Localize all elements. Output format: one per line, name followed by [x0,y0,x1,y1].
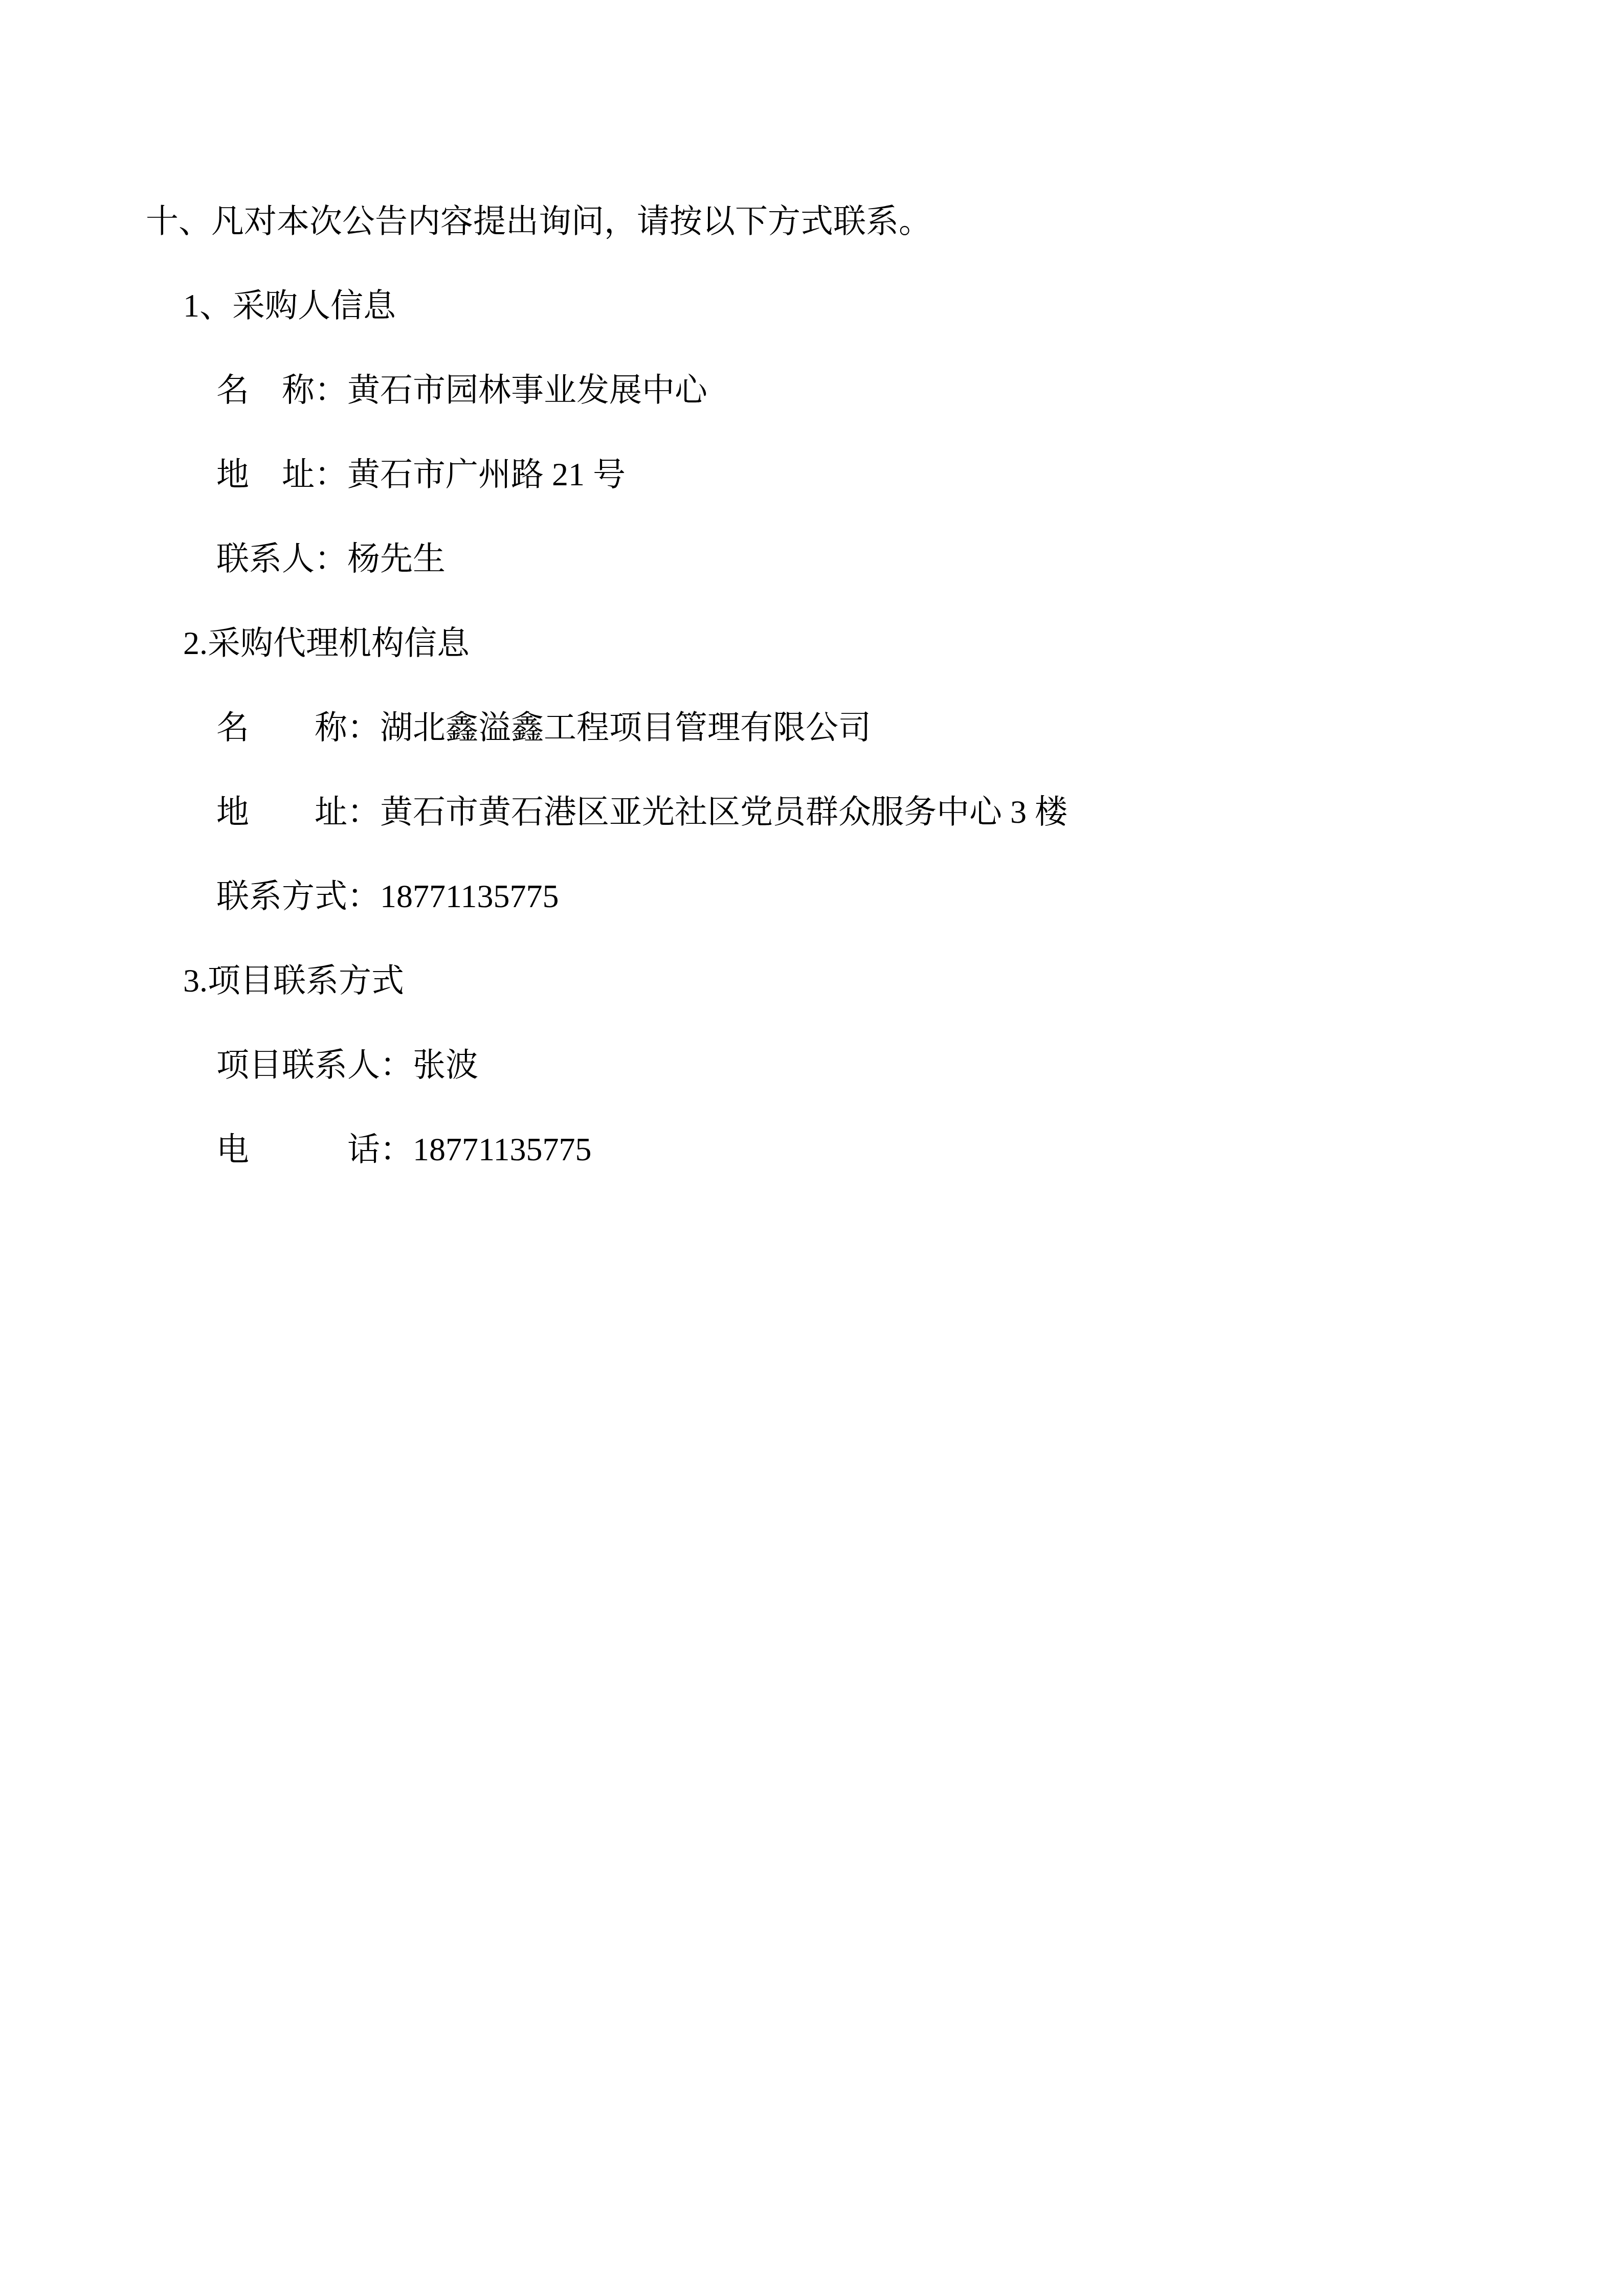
purchaser-address-line: 地 址：黄石市广州路 21 号 [0,432,1624,516]
document-body: 十、凡对本次公告内容提出询问，请按以下方式联系。 1、采购人信息 名 称：黄石市… [0,0,1624,1191]
purchaser-info-title: 1、采购人信息 [0,263,1624,348]
project-phone-line: 电 话：18771135775 [0,1107,1624,1191]
project-contact-title: 3.项目联系方式 [0,938,1624,1023]
agency-address-line: 地 址：黄石市黄石港区亚光社区党员群众服务中心 3 楼 [0,770,1624,854]
section-heading-inquiry: 十、凡对本次公告内容提出询问，请按以下方式联系。 [0,179,1624,263]
purchaser-name-line: 名 称：黄石市园林事业发展中心 [0,348,1624,432]
project-contact-person-line: 项目联系人：张波 [0,1023,1624,1107]
agency-contact-line: 联系方式：18771135775 [0,854,1624,938]
document-page: 十、凡对本次公告内容提出询问，请按以下方式联系。 1、采购人信息 名 称：黄石市… [0,0,1624,2296]
purchaser-contact-line: 联系人：杨先生 [0,516,1624,601]
agency-name-line: 名 称：湖北鑫溢鑫工程项目管理有限公司 [0,685,1624,770]
agency-info-title: 2.采购代理机构信息 [0,601,1624,685]
